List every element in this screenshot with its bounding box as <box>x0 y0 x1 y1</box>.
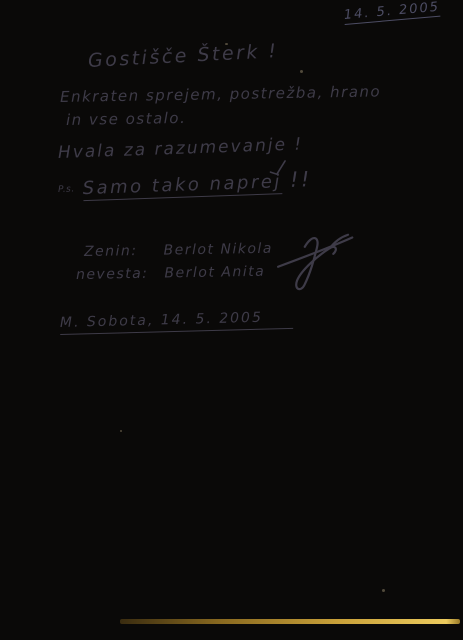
paper-speck <box>120 430 122 432</box>
ps-exclamations: !! <box>290 167 313 192</box>
bride-label: nevesta: <box>76 266 149 283</box>
paper-speck <box>300 70 303 73</box>
bride-name: Berlot Anita <box>164 264 265 282</box>
signature-scribble <box>274 227 361 301</box>
ps-prefix: P.s. <box>58 184 75 195</box>
groom-label: Zenin: <box>84 243 138 260</box>
gilded-page-edge <box>120 619 460 624</box>
groom-name: Berlot Nikola <box>163 241 273 259</box>
tick-mark-icon <box>267 159 289 178</box>
paper-speck <box>382 589 385 592</box>
bride-line: nevesta:Berlot Anita <box>76 264 266 283</box>
groom-line: Zenin:Berlot Nikola <box>84 241 273 260</box>
scanned-guestbook-page: 14. 5. 2005 Gostišče Šterk ! Enkraten sp… <box>0 0 463 640</box>
body-line-2: in vse ostalo. <box>66 109 187 129</box>
